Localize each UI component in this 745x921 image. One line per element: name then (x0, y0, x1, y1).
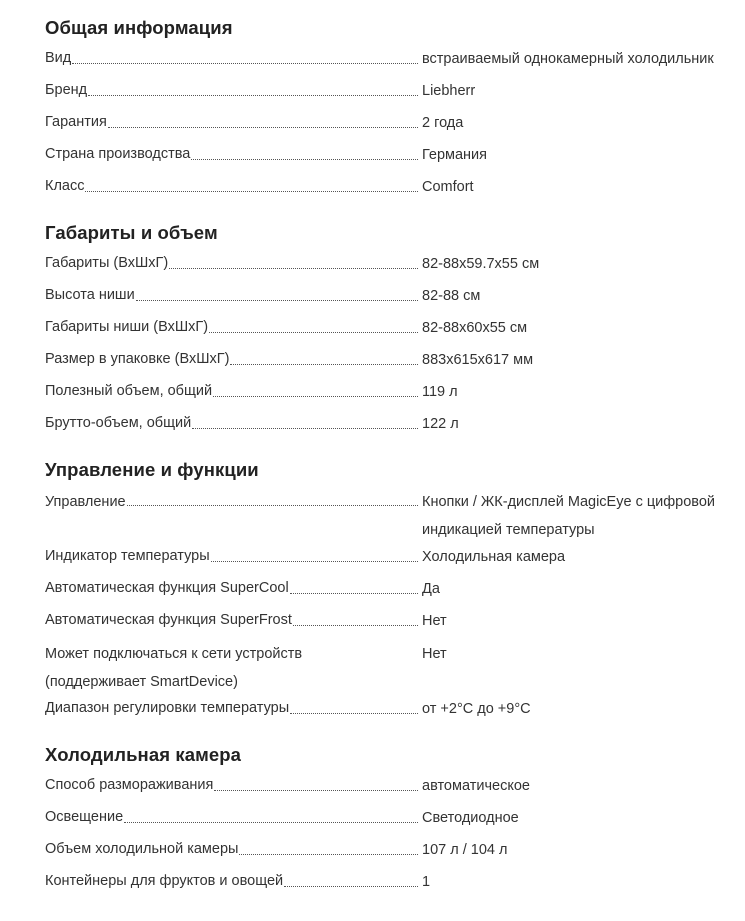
dotted-leader (290, 576, 418, 594)
dotted-leader (290, 696, 418, 714)
spec-label: Вид (45, 46, 71, 70)
section-general-info: Общая информация Вид встраиваемый однока… (0, 14, 745, 206)
spec-value: Холодильная камера (422, 544, 742, 570)
spec-row: Класс Comfort (0, 174, 745, 206)
spec-label: Габариты ниши (ВхШхГ) (45, 315, 208, 339)
spec-value: Liebherr (422, 78, 742, 104)
specifications-list: Общая информация Вид встраиваемый однока… (0, 0, 745, 901)
spec-row: Брутто-объем, общий 122 л (0, 411, 745, 443)
spec-value: Comfort (422, 174, 742, 200)
spec-row: Габариты ниши (ВхШхГ) 82-88x60x55 см (0, 315, 745, 347)
dotted-leader (239, 837, 418, 855)
spec-row: Управление Кнопки / ЖК-дисплей MagicEye … (0, 488, 745, 544)
dotted-leader (108, 110, 418, 128)
dotted-leader (230, 347, 418, 365)
spec-row: Контейнеры для фруктов и овощей 1 (0, 869, 745, 901)
spec-label: Индикатор температуры (45, 544, 210, 568)
spec-label: Габариты (ВхШхГ) (45, 251, 168, 275)
spec-label: Высота ниши (45, 283, 135, 307)
dotted-leader (209, 315, 418, 333)
dotted-leader (127, 488, 418, 506)
spec-row: Гарантия 2 года (0, 110, 745, 142)
dotted-leader (72, 46, 418, 64)
dotted-leader (169, 251, 418, 269)
dotted-leader (284, 869, 418, 887)
spec-label: Освещение (45, 805, 123, 829)
section-fridge-compartment: Холодильная камера Способ размораживания… (0, 741, 745, 901)
spec-value: 2 года (422, 110, 742, 136)
spec-row: Бренд Liebherr (0, 78, 745, 110)
dotted-leader (346, 640, 418, 657)
spec-value: 1 (422, 869, 742, 895)
dotted-leader (191, 142, 418, 160)
spec-row: Автоматическая функция SuperFrost Нет (0, 608, 745, 640)
spec-row: Объем холодильной камеры 107 л / 104 л (0, 837, 745, 869)
spec-row: Страна производства Германия (0, 142, 745, 174)
spec-label: Полезный объем, общий (45, 379, 212, 403)
spec-row: Полезный объем, общий 119 л (0, 379, 745, 411)
spec-value: 107 л / 104 л (422, 837, 742, 863)
spec-row: Диапазон регулировки температуры от +2°C… (0, 696, 745, 728)
spec-label: Способ размораживания (45, 773, 213, 797)
spec-label: Объем холодильной камеры (45, 837, 238, 861)
spec-label: Автоматическая функция SuperCool (45, 576, 289, 600)
dotted-leader (214, 773, 418, 791)
section-dimensions-volume: Габариты и объем Габариты (ВхШхГ) 82-88x… (0, 219, 745, 443)
spec-label: Автоматическая функция SuperFrost (45, 608, 292, 632)
spec-label: Класс (45, 174, 84, 198)
spec-label: Брутто-объем, общий (45, 411, 191, 435)
spec-value: 82-88x59.7x55 см (422, 251, 742, 277)
spec-value: 122 л (422, 411, 742, 437)
spec-label: Бренд (45, 78, 87, 102)
spec-value: 883x615x617 мм (422, 347, 742, 373)
spec-row: Может подключаться к сети устройств (под… (0, 640, 745, 696)
section-title: Холодильная камера (45, 741, 745, 769)
spec-row: Способ размораживания автоматическое (0, 773, 745, 805)
spec-label: Страна производства (45, 142, 190, 166)
spec-value: 119 л (422, 379, 742, 405)
spec-value: встраиваемый однокамерный холодильник (422, 46, 742, 72)
spec-label: Размер в упаковке (ВхШхГ) (45, 347, 229, 371)
spec-value: 82-88 см (422, 283, 742, 309)
dotted-leader (136, 283, 418, 301)
dotted-leader (211, 544, 418, 562)
spec-row: Вид встраиваемый однокамерный холодильни… (0, 46, 745, 78)
spec-label: Может подключаться к сети устройств (под… (45, 640, 345, 696)
spec-value: Кнопки / ЖК-дисплей MagicEye с цифровой … (422, 488, 742, 544)
spec-row: Освещение Светодиодное (0, 805, 745, 837)
dotted-leader (192, 411, 418, 429)
spec-row: Размер в упаковке (ВхШхГ) 883x615x617 мм (0, 347, 745, 379)
spec-label: Контейнеры для фруктов и овощей (45, 869, 283, 893)
dotted-leader (124, 805, 418, 823)
spec-label: Управление (45, 488, 126, 516)
spec-label: Диапазон регулировки температуры (45, 696, 289, 720)
spec-value: Нет (422, 640, 742, 668)
spec-row: Габариты (ВхШхГ) 82-88x59.7x55 см (0, 251, 745, 283)
spec-row: Высота ниши 82-88 см (0, 283, 745, 315)
spec-row: Автоматическая функция SuperCool Да (0, 576, 745, 608)
spec-value: Нет (422, 608, 742, 634)
spec-value: Да (422, 576, 742, 602)
spec-row: Индикатор температуры Холодильная камера (0, 544, 745, 576)
section-title: Габариты и объем (45, 219, 745, 247)
dotted-leader (213, 379, 418, 397)
dotted-leader (85, 174, 418, 192)
spec-value: Светодиодное (422, 805, 742, 831)
section-title: Общая информация (45, 14, 745, 42)
spec-value: от +2°C до +9°C (422, 696, 742, 722)
spec-label: Гарантия (45, 110, 107, 134)
spec-value: Германия (422, 142, 742, 168)
section-title: Управление и функции (45, 456, 745, 484)
spec-value: 82-88x60x55 см (422, 315, 742, 341)
dotted-leader (293, 608, 418, 626)
section-controls-functions: Управление и функции Управление Кнопки /… (0, 456, 745, 728)
dotted-leader (88, 78, 418, 96)
spec-value: автоматическое (422, 773, 742, 799)
